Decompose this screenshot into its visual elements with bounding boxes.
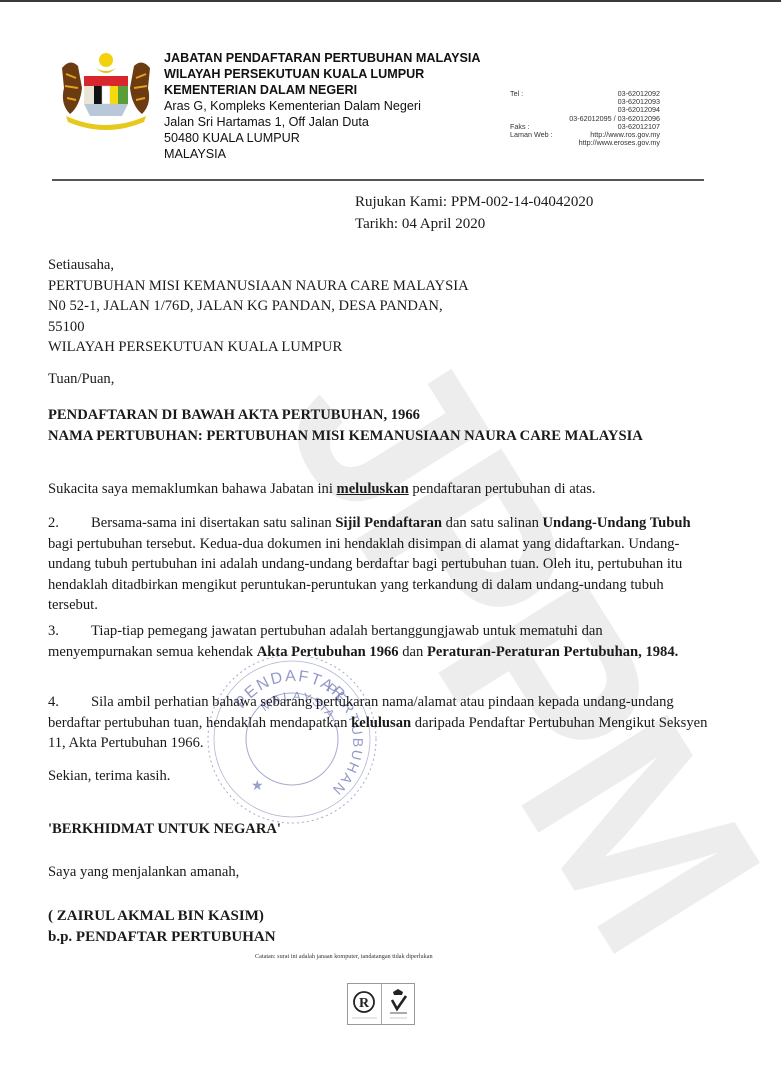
org-address-line: Jalan Sri Hartamas 1, Off Jalan Duta — [164, 114, 480, 130]
paragraph-2: 2.Bersama-sama ini disertakan satu salin… — [48, 513, 708, 616]
text: Sukacita saya memaklumkan bahawa Jabatan… — [48, 481, 337, 497]
paragraph-number: 3. — [48, 621, 91, 642]
letter-date: Tarikh: 04 April 2020 — [355, 213, 593, 235]
text: bagi pertubuhan tersebut. Kedua-dua doku… — [48, 536, 682, 614]
org-address-line: Aras G, Kompleks Kementerian Dalam Neger… — [164, 98, 480, 114]
org-address-line: MALAYSIA — [164, 146, 480, 162]
subject-line: PENDAFTARAN DI BAWAH AKTA PERTUBUHAN, 19… — [48, 405, 643, 426]
text-bold: kelulusan — [351, 715, 411, 731]
text-bold: Akta Pertubuhan 1966 — [257, 644, 399, 660]
closing-thanks: Sekian, terima kasih. — [48, 766, 170, 787]
org-region: WILAYAH PERSEKUTUAN KUALA LUMPUR — [164, 66, 480, 82]
recipient-line: WILAYAH PERSEKUTUAN KUALA LUMPUR — [48, 337, 469, 358]
text: pendaftaran pertubuhan di atas. — [409, 481, 596, 497]
header-divider — [52, 179, 704, 181]
reference-number: Rujukan Kami: PPM-002-14-04042020 — [355, 191, 593, 213]
salutation: Tuan/Puan, — [48, 369, 114, 390]
subject-line: NAMA PERTUBUHAN: PERTUBUHAN MISI KEMANUS… — [48, 426, 643, 447]
text-bold: Sijil Pendaftaran — [335, 515, 442, 531]
registered-mark-icon: R — [348, 984, 382, 1024]
paragraph-3: 3.Tiap-tiap pemegang jawatan pertubuhan … — [48, 621, 708, 662]
text: dan satu salinan — [442, 515, 543, 531]
contact-block: Tel :03-62012092 03-62012093 03-62012094… — [510, 90, 660, 147]
paragraph-number: 4. — [48, 692, 91, 713]
org-name: JABATAN PENDAFTARAN PERTUBUHAN MALAYSIA — [164, 50, 480, 66]
recipient-line: PERTUBUHAN MISI KEMANUSIAAN NAURA CARE M… — [48, 276, 469, 297]
signatory-block: ( ZAIRUL AKMAL BIN KASIM) b.p. PENDAFTAR… — [48, 906, 276, 948]
signatory-name: ( ZAIRUL AKMAL BIN KASIM) — [48, 906, 276, 927]
recipient-line: 55100 — [48, 317, 469, 338]
signatory-title: b.p. PENDAFTAR PERTUBUHAN — [48, 927, 276, 948]
organization-header: JABATAN PENDAFTARAN PERTUBUHAN MALAYSIA … — [164, 50, 480, 162]
paragraph-1: Sukacita saya memaklumkan bahawa Jabatan… — [48, 479, 596, 500]
closing-trust: Saya yang menjalankan amanah, — [48, 862, 239, 883]
footer-note: Catatan: surat ini adalah janaan kompute… — [255, 953, 433, 960]
web-link[interactable]: http://www.eroses.gov.my — [510, 139, 660, 147]
recipient-address: Setiausaha, PERTUBUHAN MISI KEMANUSIAAN … — [48, 255, 469, 358]
org-ministry: KEMENTERIAN DALAM NEGERI — [164, 82, 480, 98]
certification-logos: R — [347, 983, 415, 1025]
text: Bersama-sama ini disertakan satu salinan — [91, 515, 335, 531]
text-bold: Peraturan-Peraturan Pertubuhan, 1984. — [427, 644, 678, 660]
tel-label: Tel : — [510, 90, 523, 98]
reference-block: Rujukan Kami: PPM-002-14-04042020 Tarikh… — [355, 191, 593, 235]
text-bold: Undang-Undang Tubuh — [543, 515, 691, 531]
subject-heading: PENDAFTARAN DI BAWAH AKTA PERTUBUHAN, 19… — [48, 405, 643, 446]
recipient-line: N0 52-1, JALAN 1/76D, JALAN KG PANDAN, D… — [48, 296, 469, 317]
approval-emphasis: meluluskan — [337, 481, 409, 497]
svg-text:R: R — [359, 996, 370, 1011]
malaysia-coat-of-arms-icon — [56, 48, 156, 132]
org-address-line: 50480 KUALA LUMPUR — [164, 130, 480, 146]
text: dan — [399, 644, 427, 660]
web-label: Laman Web : — [510, 131, 553, 139]
ukas-checkmark-icon — [382, 984, 415, 1024]
paragraph-number: 2. — [48, 513, 91, 534]
recipient-line: Setiausaha, — [48, 255, 469, 276]
paragraph-4: 4.Sila ambil perhatian bahawa sebarang p… — [48, 692, 708, 754]
motto: 'BERKHIDMAT UNTUK NEGARA' — [48, 819, 281, 840]
